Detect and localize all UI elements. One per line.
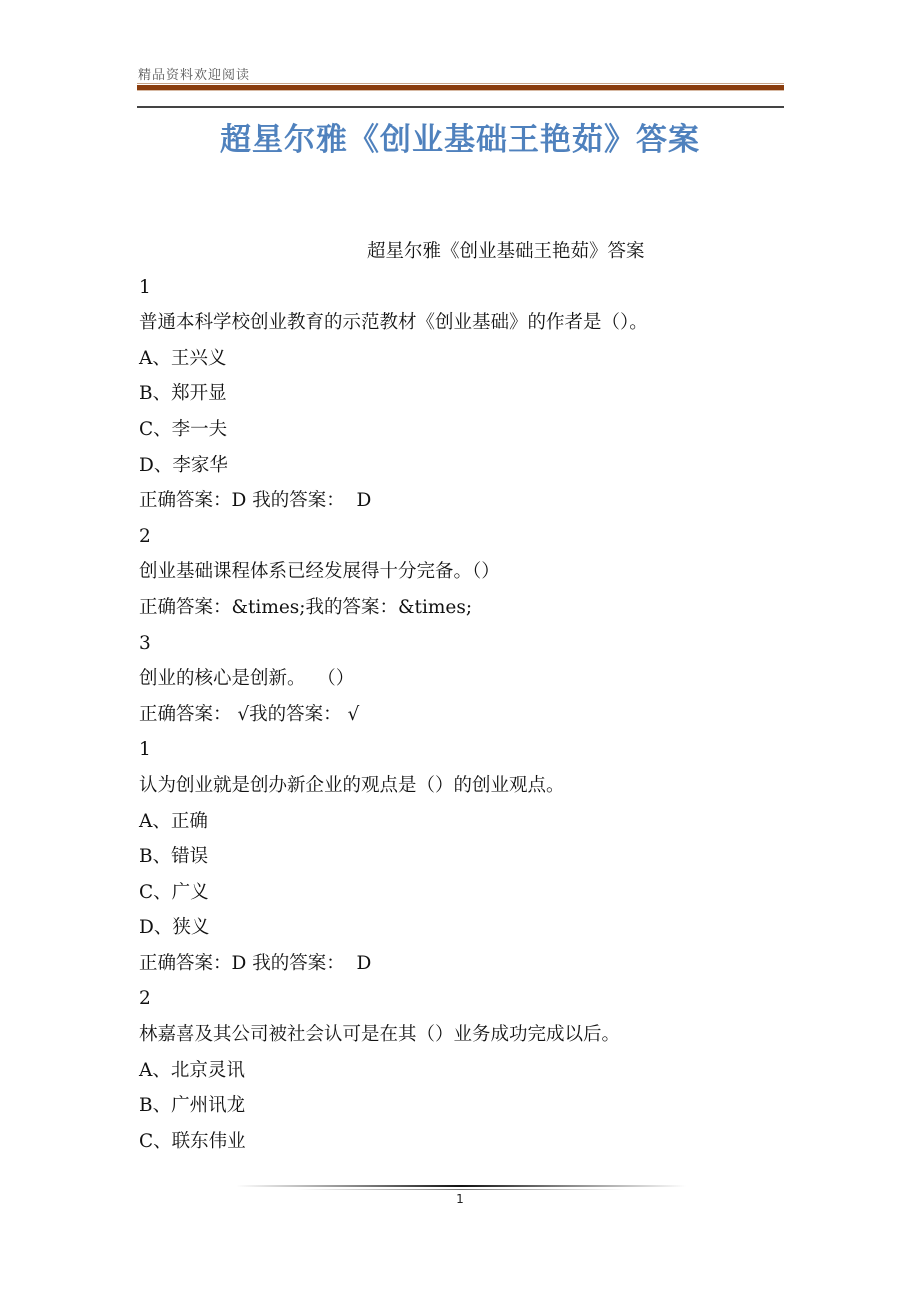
question-text: 林嘉喜及其公司被社会认可是在其（）业务成功完成以后。 [139, 1017, 789, 1053]
document-body: 超星尔雅《创业基础王艳茹》答案 1 普通本科学校创业教育的示范教材《创业基础》的… [139, 234, 789, 1159]
question-number: 1 [139, 732, 789, 768]
option-d: D、李家华 [139, 448, 789, 484]
question-text: 认为创业就是创办新企业的观点是（）的创业观点。 [139, 768, 789, 804]
question-text: 创业的核心是创新。 （） [139, 661, 789, 697]
question-number: 2 [139, 981, 789, 1017]
option-c: C、广义 [139, 875, 789, 911]
option-a: A、王兴义 [139, 341, 789, 377]
page-number: 1 [0, 1192, 920, 1206]
question-text: 创业基础课程体系已经发展得十分完备。（） [139, 554, 789, 590]
footer-divider-secondary [296, 1189, 626, 1190]
option-b: B、广州讯龙 [139, 1088, 789, 1124]
document-subtitle: 超星尔雅《创业基础王艳茹》答案 [139, 234, 789, 270]
option-c: C、联东伟业 [139, 1124, 789, 1160]
option-c: C、李一夫 [139, 412, 789, 448]
answer-line: 正确答案：&times;我的答案：&times; [139, 590, 789, 626]
question-text: 普通本科学校创业教育的示范教材《创业基础》的作者是（）。 [139, 305, 789, 341]
document-title: 超星尔雅《创业基础王艳茹》答案 [0, 114, 920, 159]
header-rule-gray [137, 106, 784, 108]
option-a: A、北京灵讯 [139, 1053, 789, 1089]
option-d: D、狭义 [139, 910, 789, 946]
question-number: 2 [139, 519, 789, 555]
option-b: B、错误 [139, 839, 789, 875]
option-a: A、正确 [139, 804, 789, 840]
answer-line: 正确答案：D 我的答案： D [139, 946, 789, 982]
option-b: B、郑开显 [139, 376, 789, 412]
question-number: 3 [139, 626, 789, 662]
question-number: 1 [139, 270, 789, 306]
page-header-text: 精品资料欢迎阅读 [138, 64, 250, 83]
header-rule-thin-bottom [137, 90, 784, 91]
answer-line: 正确答案：D 我的答案： D [139, 483, 789, 519]
answer-line: 正确答案： √我的答案： √ [139, 697, 789, 733]
header-rule-thin-top [137, 83, 784, 84]
footer-divider [236, 1185, 686, 1187]
